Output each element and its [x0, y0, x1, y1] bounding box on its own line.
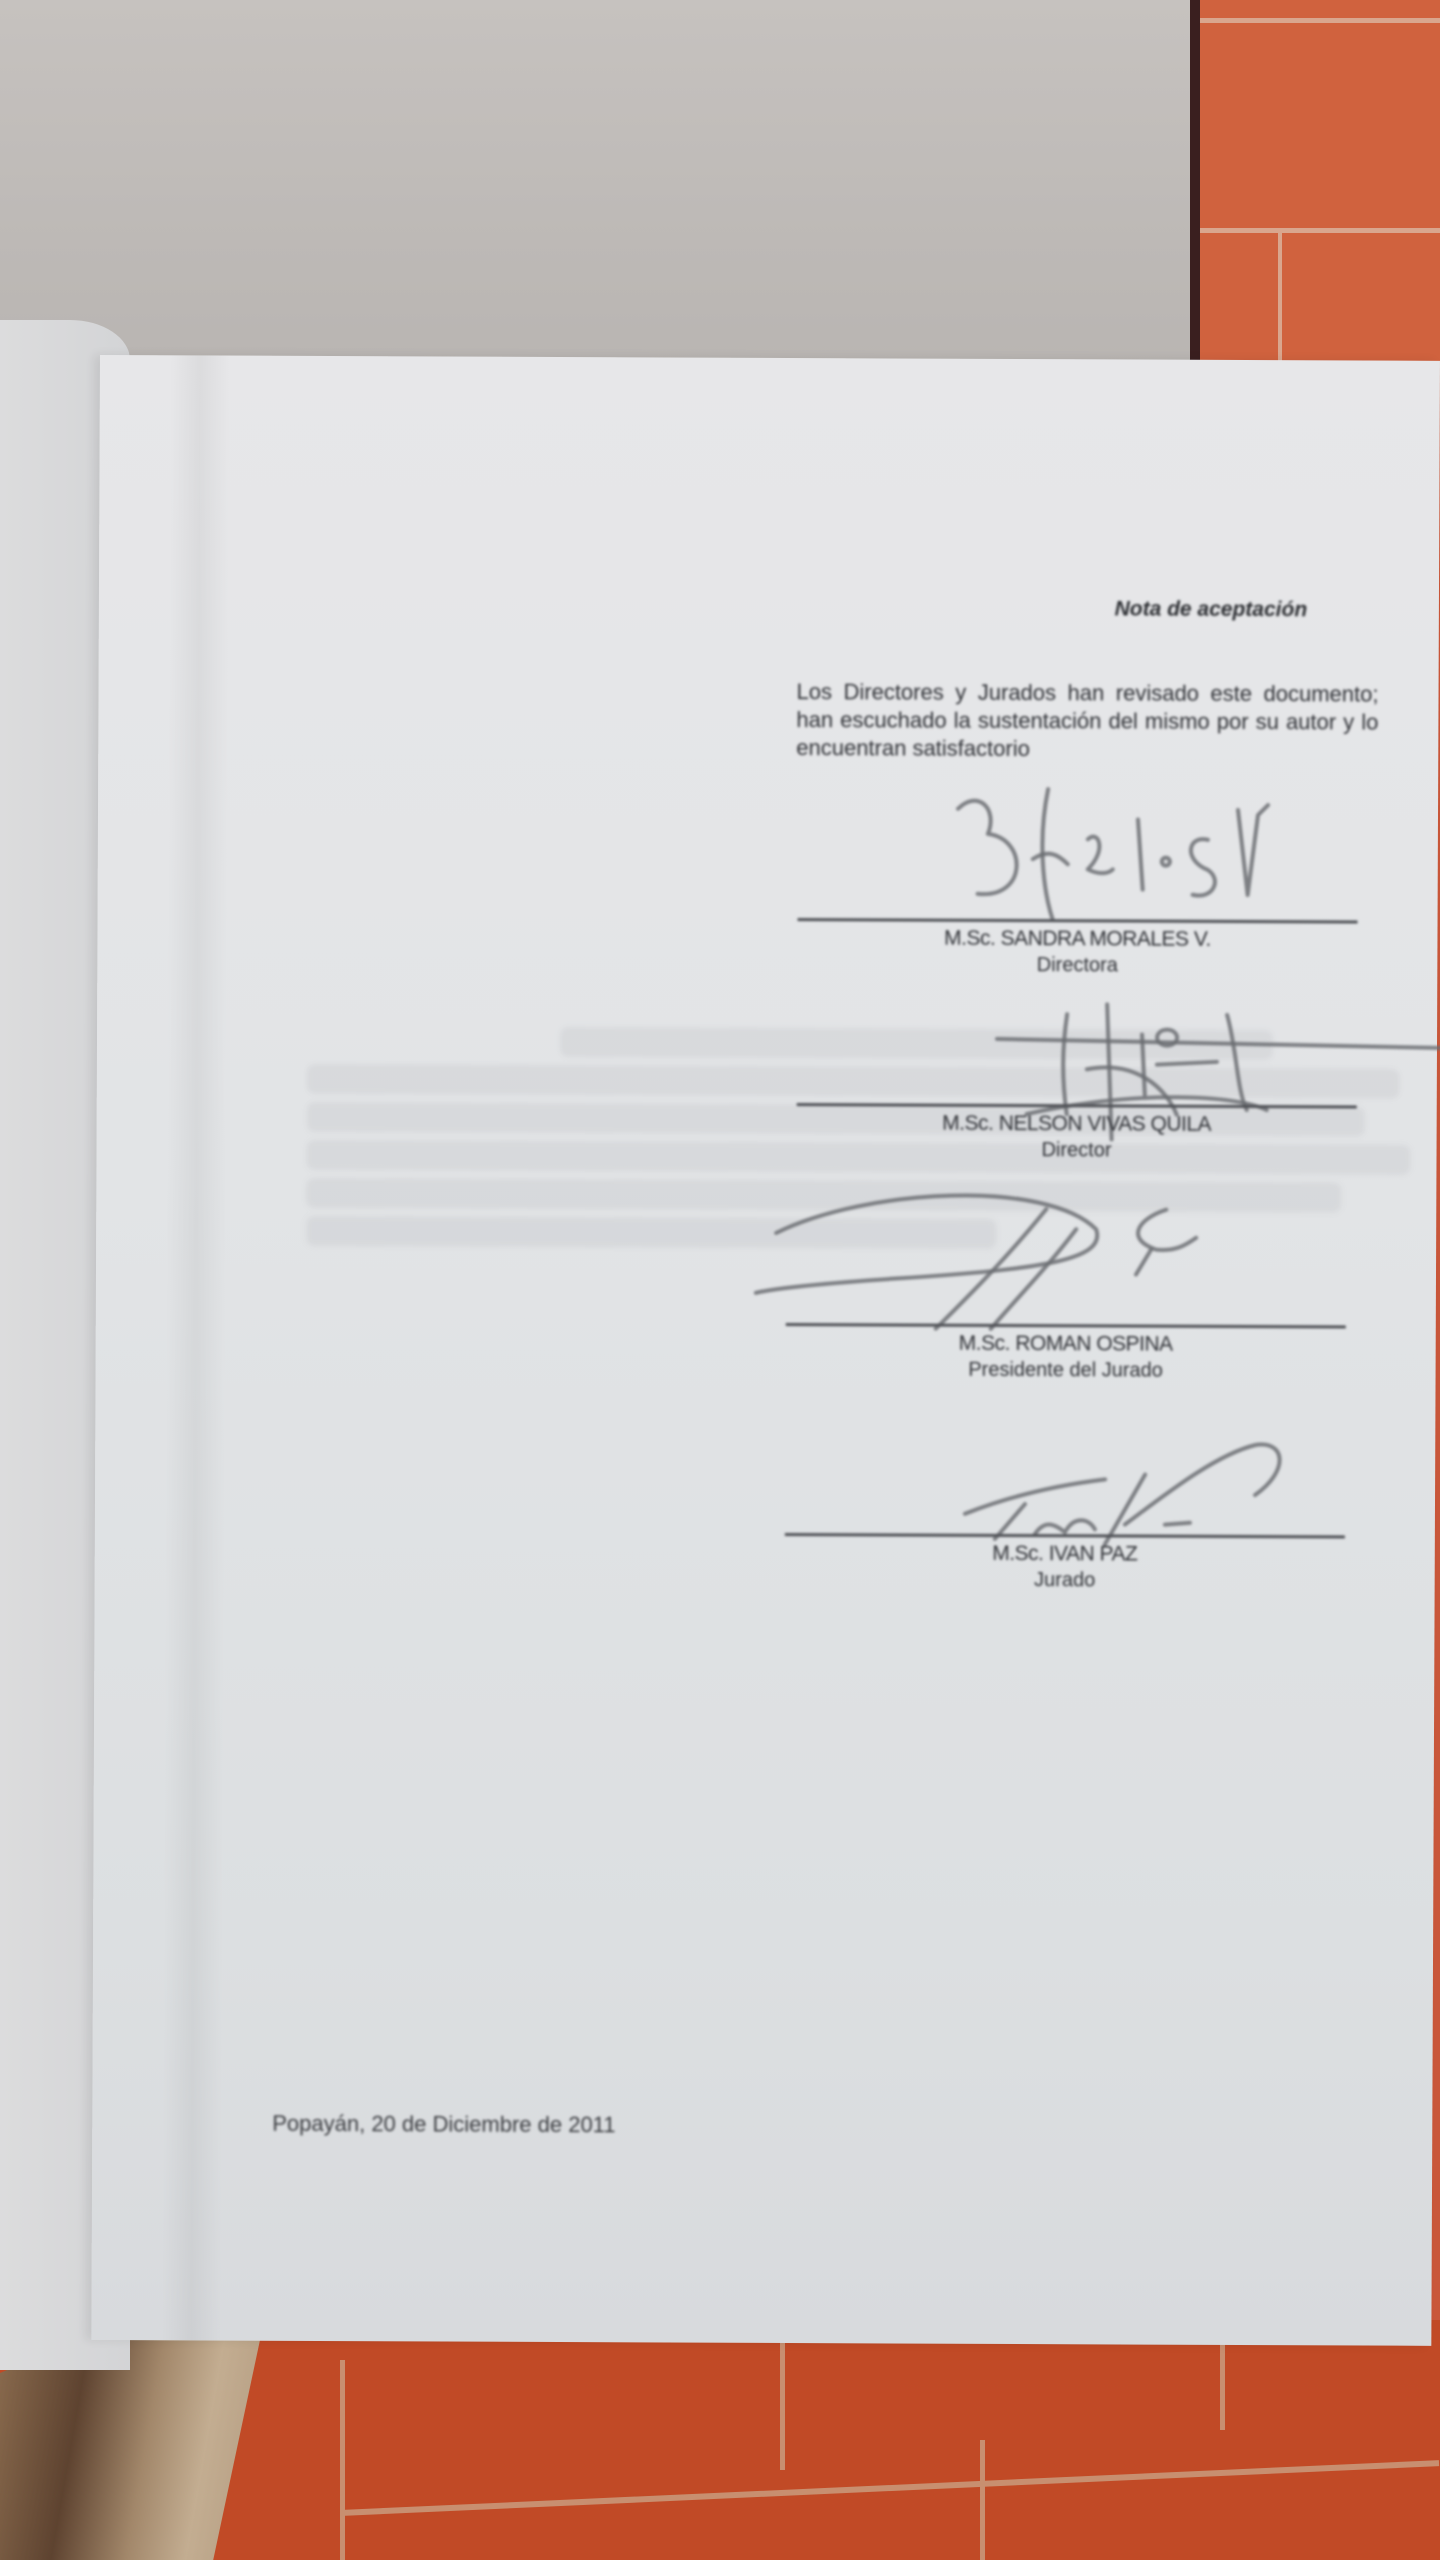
signatory-name: M.Sc. NELSON VIVAS QUILA [797, 1110, 1357, 1138]
signatory-role: Presidente del Jurado [786, 1356, 1346, 1384]
place-and-date: Popayán, 20 de Diciembre de 2011 [272, 2111, 615, 2138]
background-wall [0, 0, 1190, 400]
acceptance-paragraph: Los Directores y Jurados han revisado es… [796, 678, 1378, 765]
signatory-role: Directora [797, 951, 1357, 979]
signatory-name: M.Sc. IVAN PAZ [785, 1540, 1345, 1568]
signature-roman-ospina [746, 1178, 1267, 1340]
signatory-block-2: M.Sc. NELSON VIVAS QUILA Director [796, 1103, 1356, 1164]
signature-line [798, 918, 1358, 923]
signature-line [785, 1533, 1345, 1538]
signatory-name: M.Sc. ROMAN OSPINA [786, 1330, 1346, 1358]
signature-line [797, 1103, 1357, 1108]
signature-sandra-morales [938, 779, 1359, 931]
document-page: Nota de aceptación Los Directores y Jura… [91, 355, 1440, 2346]
page-content: Nota de aceptación Los Directores y Jura… [91, 355, 1440, 2346]
signatory-block-4: M.Sc. IVAN PAZ Jurado [785, 1533, 1345, 1594]
signatory-role: Jurado [785, 1566, 1345, 1594]
signatory-block-1: M.Sc. SANDRA MORALES V. Directora [797, 918, 1357, 979]
background-tiles [1200, 0, 1440, 400]
signatory-name: M.Sc. SANDRA MORALES V. [797, 925, 1357, 953]
signature-line [786, 1323, 1346, 1328]
signatory-block-3: M.Sc. ROMAN OSPINA Presidente del Jurado [786, 1323, 1346, 1384]
page-title: Nota de aceptación [971, 597, 1440, 623]
signatory-role: Director [796, 1136, 1356, 1164]
